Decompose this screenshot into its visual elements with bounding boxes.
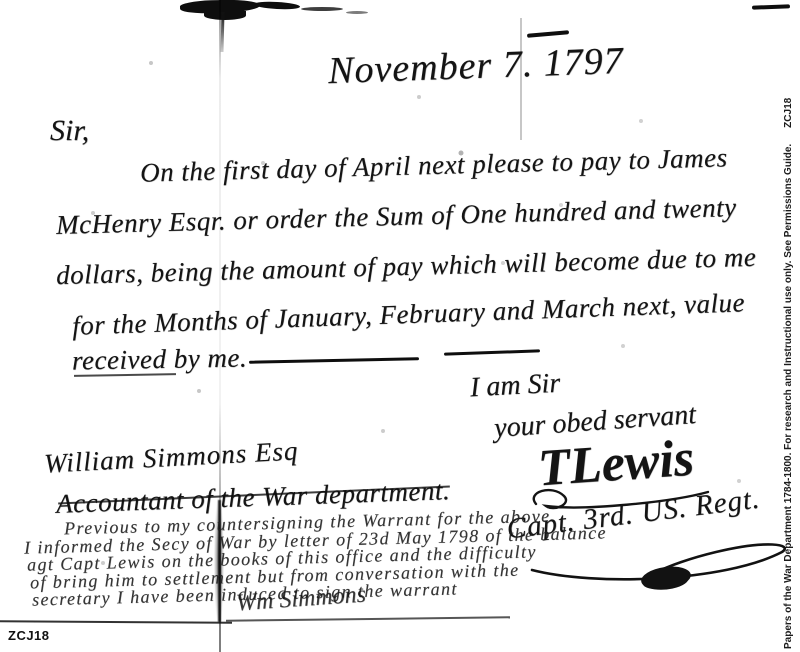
- body-line: On the first day of April next please to…: [140, 142, 728, 188]
- stroke-over-date: [527, 30, 569, 37]
- archive-caption-text: Papers of the War Department 1784-1800. …: [783, 144, 794, 649]
- body-line: for the Months of January, February and …: [72, 287, 746, 341]
- ink-blot: [254, 1, 300, 10]
- fold-edge-line: [0, 620, 232, 624]
- salutation: Sir,: [50, 114, 89, 148]
- ink-drip: [220, 12, 224, 52]
- archive-margin-caption: Papers of the War Department 1784-1800. …: [783, 45, 794, 649]
- archive-code-margin: ZCJ18: [783, 98, 794, 128]
- closing-line: I am Sir: [469, 368, 561, 405]
- addressee-name: William Simmons Esq: [43, 435, 299, 479]
- pen-dash: [444, 349, 540, 355]
- ink-blot: [346, 11, 368, 14]
- paper-speckles: [0, 0, 2, 2]
- body-line: received by me.: [72, 342, 248, 376]
- ink-blot: [301, 7, 343, 11]
- corner-ink-dash: [752, 4, 790, 9]
- date-line: November 7. 1797: [327, 39, 624, 93]
- pen-underline: [74, 373, 176, 377]
- body-line: dollars, being the amount of pay which w…: [56, 242, 757, 291]
- ink-blot: [204, 11, 246, 20]
- archive-code-label: ZCJ18: [8, 628, 50, 643]
- scanned-letter-page: November 7. 1797 Sir, On the first day o…: [0, 0, 800, 652]
- pen-dash: [249, 357, 419, 363]
- fold-edge-line: [226, 616, 510, 621]
- body-line: McHenry Esqr. or order the Sum of One hu…: [56, 192, 737, 241]
